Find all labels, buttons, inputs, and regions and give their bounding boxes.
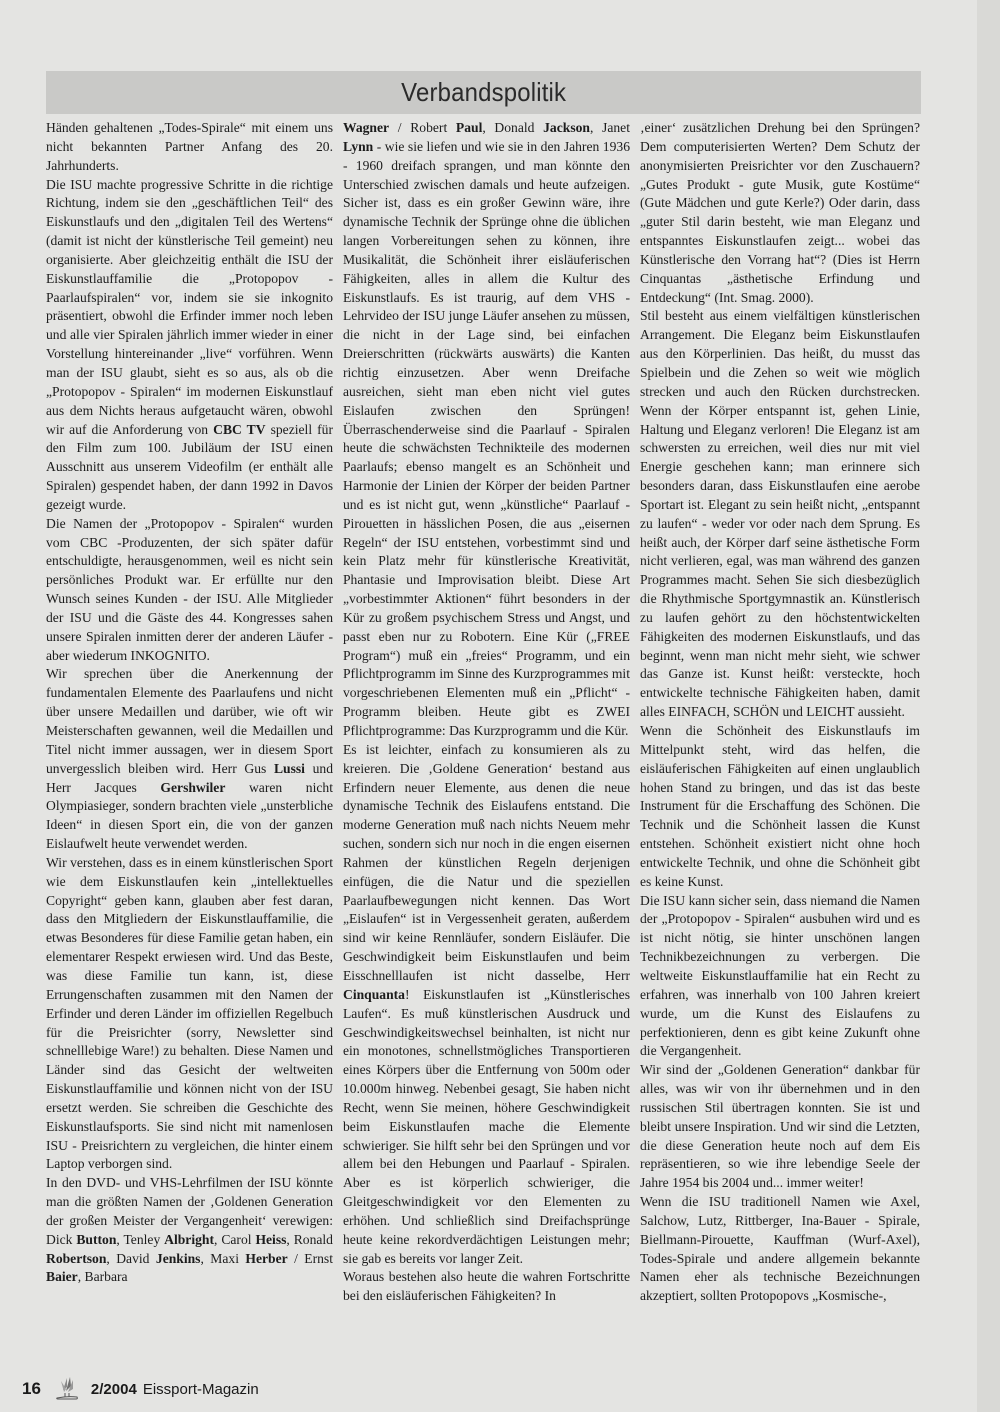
article-paragraph: Die Namen der „Protopopov - Spiralen“ wu… <box>46 515 333 666</box>
article-paragraph: Wir verstehen, dass es in einem künstler… <box>46 854 333 1174</box>
column-left: Händen gehaltenen „Todes-Spirale“ mit ei… <box>46 119 333 1287</box>
article-paragraph: Wir sind der „Goldenen Generation“ dankb… <box>640 1061 920 1193</box>
article-paragraph: Wenn die Schönheit des Eiskunstlaufs im … <box>640 722 920 892</box>
article-paragraph: Die ISU kann sicher sein, dass niemand d… <box>640 892 920 1062</box>
page-number: 16 <box>22 1379 41 1399</box>
article-paragraph: Woraus bestehen also heute die wahren Fo… <box>343 1268 630 1306</box>
column-middle: Wagner / Robert Paul, Donald Jackson, Ja… <box>343 119 630 1306</box>
article-paragraph: ‚einer‘ zusätzlichen Drehung bei den Spr… <box>640 119 920 307</box>
issue-number: 2/2004 <box>91 1381 137 1398</box>
magazine-name: Eissport-Magazin <box>143 1381 259 1398</box>
article-paragraph: Wenn die ISU traditionell Namen wie Axel… <box>640 1193 920 1306</box>
article-paragraph: Händen gehaltenen „Todes-Spirale“ mit ei… <box>46 119 333 176</box>
article-paragraph: Die ISU machte progressive Schritte in d… <box>46 176 333 515</box>
skater-wing-logo-icon <box>53 1375 81 1403</box>
article-paragraph: Wagner / Robert Paul, Donald Jackson, Ja… <box>343 119 630 741</box>
article-paragraph: Es ist leichter, einfach zu konsumieren … <box>343 741 630 1269</box>
column-right: ‚einer‘ zusätzlichen Drehung bei den Spr… <box>640 119 920 1306</box>
section-title: Verbandspolitik <box>401 77 566 108</box>
article-paragraph: Stil besteht aus einem vielfältigen küns… <box>640 307 920 722</box>
page-footer: 16 2/2004 Eissport-Magazin <box>22 1374 259 1404</box>
article-paragraph: In den DVD- und VHS-Lehrfilmen der ISU k… <box>46 1174 333 1287</box>
page-edge <box>977 0 1000 1412</box>
article-paragraph: Wir sprechen über die Anerkennung der fu… <box>46 665 333 853</box>
section-header: Verbandspolitik <box>46 71 921 114</box>
